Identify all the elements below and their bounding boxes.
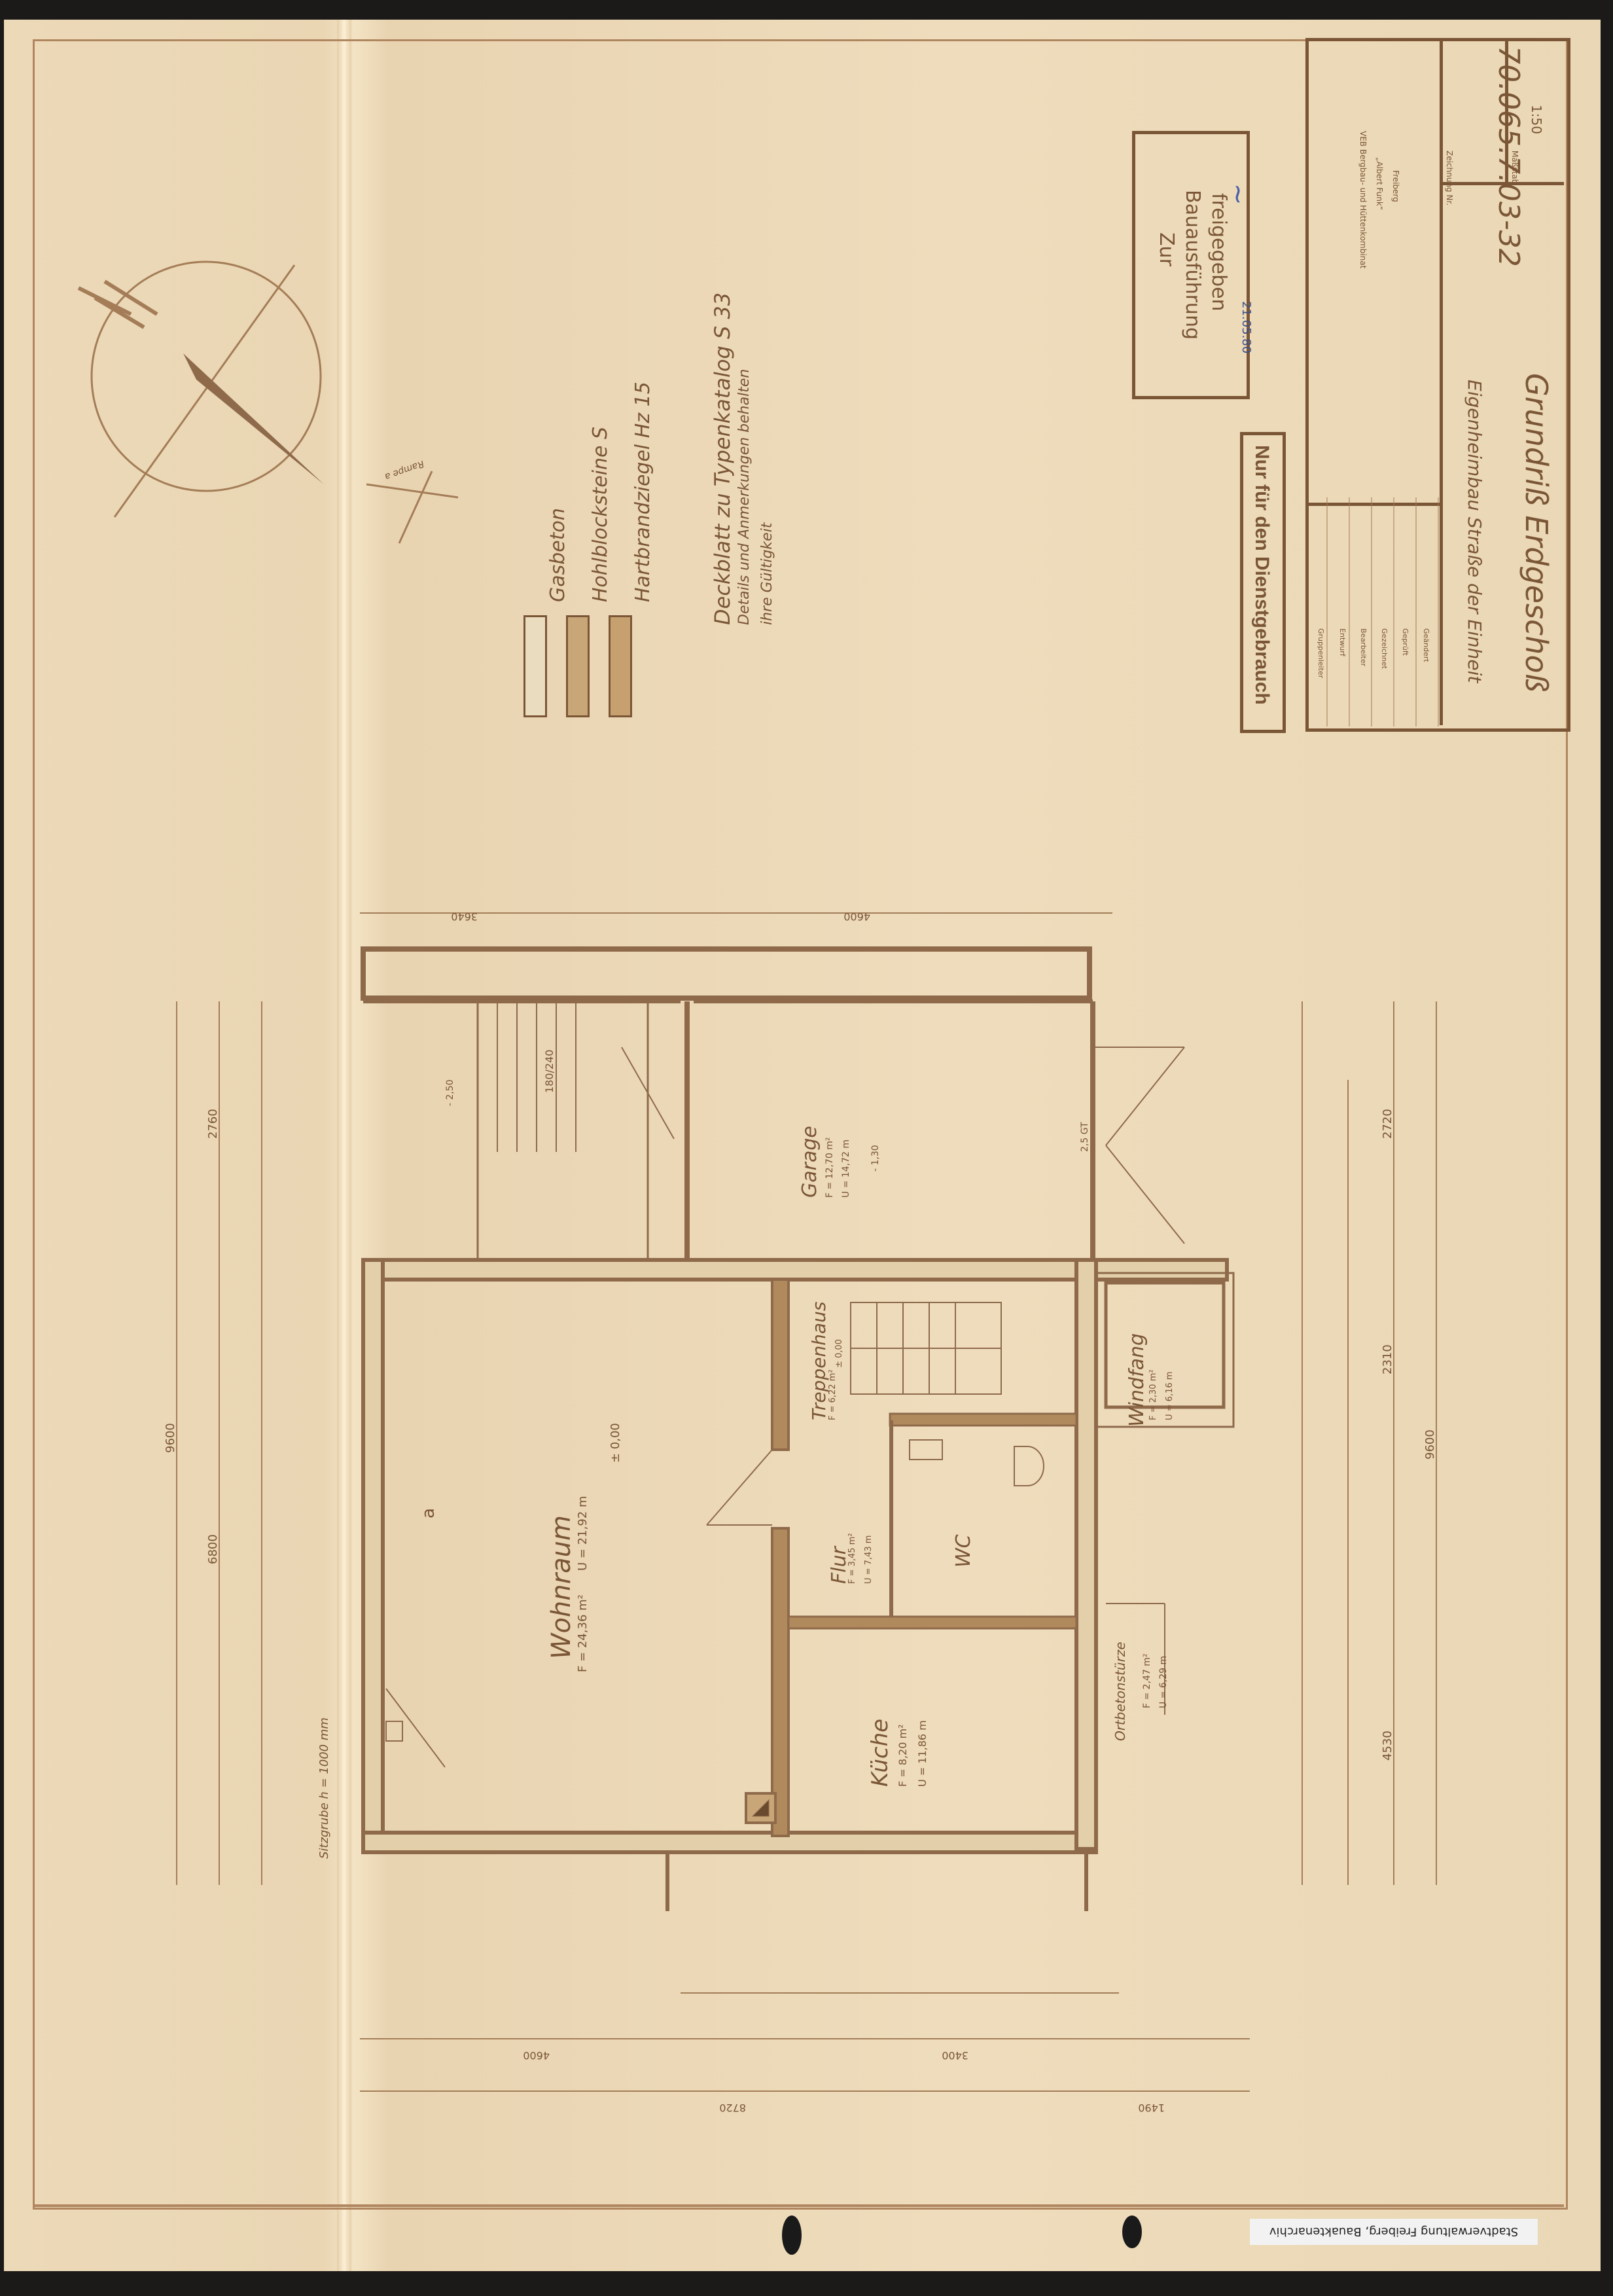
room-garage-level: - 1,30 — [870, 1145, 881, 1172]
dim-top-1: 3640 — [451, 910, 478, 923]
dim-right-sub-2: 4530 — [1381, 1731, 1394, 1761]
room-garage-perimeter: U = 14,72 m — [841, 1139, 851, 1198]
room-windfang-name: Windfang — [1126, 1333, 1148, 1427]
binder-hole-2 — [1122, 2215, 1142, 2248]
room-windfang-area: F = 2,30 m² — [1148, 1369, 1158, 1420]
north-arrow-icon — [79, 262, 324, 517]
room-wohnraum-level: ± 0,00 — [609, 1423, 622, 1463]
ortbeton-perimeter: U = 6,29 m — [1158, 1656, 1169, 1708]
stair-main-dim: 180/240 — [543, 1050, 556, 1093]
window-sill-note: Sitzgrube h = 1000 mm — [317, 1717, 331, 1859]
room-windfang-perimeter: U = 6,16 m — [1165, 1372, 1175, 1420]
room-treppenhaus-level: ± 0,00 — [834, 1339, 844, 1368]
room-kueche-name: Küche — [867, 1719, 893, 1787]
ortbeton-label: Ortbetonstürze — [1112, 1641, 1128, 1741]
dim-bottom-total-1: 8720 — [719, 2102, 746, 2114]
garage-door-label: 2,5 GT — [1080, 1122, 1090, 1152]
dim-bottom-3400: 3400 — [942, 2049, 968, 2062]
room-wc-name: WC — [952, 1534, 975, 1568]
dim-right-sub-3: 2310 — [1381, 1344, 1394, 1374]
room-kueche-perimeter: U = 11,86 m — [916, 1720, 929, 1787]
dim-top-3: 4600 — [843, 910, 870, 923]
section-arrow-icon — [366, 471, 458, 543]
dim-bottom-total-2: 1490 — [1138, 2102, 1165, 2114]
dim-left-sub-1: 6800 — [206, 1534, 220, 1564]
stair-level: - 2,50 — [445, 1079, 455, 1106]
room-garage-area: F = 12,70 m² — [824, 1138, 835, 1198]
room-treppenhaus-name: Treppenhaus — [808, 1302, 830, 1420]
floor-plan — [363, 949, 1233, 1911]
room-wohnraum-area: F = 24,36 m² — [576, 1594, 590, 1672]
room-wohnraum-perimeter: U = 21,92 m — [576, 1496, 590, 1571]
room-treppenhaus-area: F = 6,22 m² — [828, 1369, 838, 1420]
room-kueche-area: F = 8,20 m² — [896, 1725, 909, 1787]
binder-hole-1 — [782, 2215, 802, 2255]
dim-right-sub-4: 2720 — [1381, 1109, 1394, 1139]
ortbeton-area: F = 2,47 m² — [1142, 1653, 1152, 1708]
room-flur-area: F = 3,45 m² — [847, 1533, 857, 1584]
dim-left-sub-3: 2760 — [206, 1109, 220, 1139]
room-flur-perimeter: U = 7,43 m — [864, 1535, 874, 1584]
room-wohnraum-name: Wohnraum — [546, 1515, 576, 1659]
room-garage-name: Garage — [798, 1126, 821, 1198]
dim-right-total: 9600 — [1423, 1429, 1437, 1460]
dim-left-total: 9600 — [164, 1423, 177, 1453]
archive-label: Stadtverwaltung Freiberg, Bauaktenarchiv — [1250, 2219, 1538, 2245]
section-cut-label: a — [419, 1508, 438, 1518]
dim-bottom-4600: 4600 — [523, 2049, 550, 2062]
